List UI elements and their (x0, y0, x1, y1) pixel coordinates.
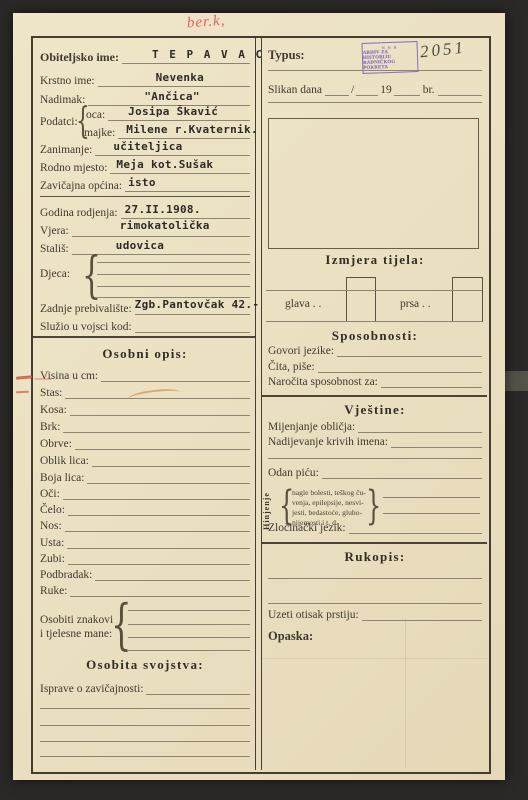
djeca-brace: { (82, 250, 101, 300)
field-label: Brk: (40, 421, 63, 433)
prsa-label: prsa . . (400, 298, 431, 310)
djeca-line-1 (97, 262, 250, 263)
field-label: Služio u vojsci kod: (40, 321, 135, 333)
measure-line-top (266, 290, 482, 291)
fill-line (337, 340, 482, 357)
znakovi-line-2 (128, 624, 250, 625)
field-govori-jezike: Govori jezike: (268, 341, 482, 357)
fill-line (95, 564, 250, 581)
isprave-line-3 (40, 741, 250, 742)
section-separator (33, 336, 255, 338)
znakovi-label-line2: i tjelesne mane: (40, 628, 112, 640)
field-label: Zadnje prebivalište: (40, 303, 135, 315)
scanned-form-page: ber.k, Obiteljsko ime: T E P A V A C Krs… (0, 0, 528, 800)
field-label: Odan piću: (268, 467, 322, 479)
field-uzeti-otisak: Uzeti otisak prstiju: (268, 605, 482, 621)
hinjenje-line-1 (383, 497, 480, 498)
field-label: Oblik lica: (40, 455, 92, 467)
field-label: Naročita sposobnost za: (268, 376, 381, 388)
znakovi-label-line1: Osobiti znakovi (40, 614, 113, 626)
field-label: Vjera: (40, 225, 72, 237)
fill-line (68, 548, 250, 565)
fill-line (391, 431, 482, 448)
field-sluzio-u-vojsci: Služio u vojsci kod: (40, 317, 250, 333)
fill-line: Milene r.Kvaternik. (118, 122, 250, 139)
field-label: Ruke: (40, 585, 70, 597)
field-label: majke: (84, 127, 118, 139)
field-zadnje-prebivaliste: Zadnje prebivalište: Zgb.Pantovčak 42.- (40, 299, 250, 315)
field-label: Zubi: (40, 553, 68, 565)
typed-value: Josipa Škavić (128, 105, 218, 118)
field-nadijevanje-imena: Nadijevanje krivih imena: (268, 432, 482, 448)
prsa-measure-box (452, 277, 483, 322)
typed-value: Zgb.Pantovčak 42.- (135, 298, 260, 311)
fill-line (87, 467, 250, 484)
isprave-line-2 (40, 725, 250, 726)
izmjera-header: Izmjera tijela: (268, 252, 482, 268)
fill-line (322, 462, 482, 479)
fill-line (394, 79, 420, 96)
field-celo: Čelo: (40, 500, 250, 516)
djeca-line-3 (97, 286, 250, 287)
hinjenje-text-line: venja, epilepsije, nesvi- (292, 498, 372, 508)
field-obrve: Obrve: (40, 434, 250, 450)
field-label: Stališ: (40, 243, 72, 255)
fill-line: učiteljica (95, 139, 250, 156)
column-divider (255, 36, 262, 770)
field-label: Visina u cm: (40, 370, 101, 382)
fill-line (101, 365, 250, 382)
br-label: br. (420, 84, 438, 96)
paper-crease-vertical (405, 618, 406, 768)
fill-line: 27.II.1908. (121, 202, 250, 219)
typed-value: Nevenka (156, 71, 204, 84)
fill-line: Josipa Škavić (108, 104, 250, 121)
field-label: oca: (86, 109, 108, 121)
field-krstno-ime: Krstno ime: Nevenka (40, 71, 250, 87)
fill-line (381, 371, 482, 388)
typed-value: udovica (116, 239, 164, 252)
glava-label: glava . . (285, 298, 321, 310)
typed-value: T E P A V A C (152, 48, 264, 61)
typed-value: 27.II.1908. (125, 203, 201, 216)
slikan-rule (268, 102, 482, 103)
znakovi-line-1 (128, 610, 250, 611)
field-label: Oči: (40, 488, 63, 500)
field-godina-rodjenja: Godina rodjenja: 27.II.1908. (40, 203, 250, 219)
field-label: Obiteljsko ime: (40, 51, 122, 64)
field-podatci-oca: oca: Josipa Škavić (86, 105, 250, 121)
field-label: Slikan dana (268, 84, 325, 96)
fill-line (146, 678, 250, 695)
field-label: Kosa: (40, 404, 70, 416)
field-obiteljsko-ime: Obiteljsko ime: T E P A V A C (40, 48, 250, 64)
typed-value: Milene r.Kvaternik. (126, 123, 258, 136)
photo-box (268, 118, 479, 249)
fill-line (67, 532, 250, 549)
rukopis-header: Rukopis: (268, 549, 482, 565)
djeca-label: Djeca: (40, 268, 70, 280)
podatci-label: Podatci: (40, 116, 78, 128)
field-stalis: Stališ: udovica (40, 239, 250, 255)
fill-line (325, 79, 349, 96)
fill-line (63, 416, 250, 433)
fill-line: Zgb.Pantovčak 42.- (135, 298, 250, 315)
field-narocita-sposobnost: Naročita sposobnost za: (268, 372, 482, 388)
field-boja-lica: Boja lica: (40, 468, 250, 484)
fill-line: isto (125, 175, 250, 192)
measure-line-bottom (266, 321, 482, 322)
fill-line (63, 483, 250, 500)
field-label: Obrve: (40, 438, 75, 450)
znakovi-brace: { (111, 598, 132, 652)
typed-value: isto (128, 176, 156, 189)
field-label: Zanimanje: (40, 144, 95, 156)
typus-label: Typus: (268, 48, 305, 63)
typed-value: Meja kot.Sušak (116, 158, 213, 171)
vjestine-extra-line (268, 458, 482, 459)
fill-line (438, 79, 482, 96)
fill-line: Meja kot.Sušak (110, 157, 250, 174)
isprave-line-1 (40, 708, 250, 709)
paper-crease-horizontal (262, 658, 487, 659)
field-zlocinacki-jezik: Zločinački jezik: (268, 518, 482, 534)
osobni-opis-header: Osobni opis: (40, 346, 250, 362)
field-podatci-majke: majke: Milene r.Kvaternik. (84, 123, 250, 139)
red-margin-tick-1-trail (34, 378, 52, 380)
fill-line (92, 450, 250, 467)
field-slikan-dana: Slikan dana / 19 br. (268, 80, 482, 96)
field-isprave: Isprave o zavičajnosti: (40, 679, 250, 695)
fill-line (70, 399, 250, 416)
opaska-label: Opaska: (268, 629, 313, 644)
field-zanimanje: Zanimanje: učiteljica (40, 140, 250, 156)
fill-line: Nevenka (98, 70, 250, 87)
field-label: Nadijevanje krivih imena: (268, 436, 391, 448)
field-nos: Nos: (40, 516, 250, 532)
fill-line: T E P A V A C (122, 47, 250, 64)
field-label: Nos: (40, 520, 65, 532)
fill-line: rimokatolička (72, 220, 250, 237)
field-label: Isprave o zavičajnosti: (40, 683, 146, 695)
field-vjera: Vjera: rimokatolička (40, 221, 250, 237)
field-kosa: Kosa: (40, 400, 250, 416)
field-label: Krstno ime: (40, 75, 98, 87)
field-label: Zavičajna općina: (40, 180, 125, 192)
znakovi-line-3 (128, 637, 250, 638)
fill-line (135, 316, 250, 333)
typed-value: "Ančica" (144, 90, 199, 103)
fill-line (68, 499, 250, 516)
hinjenje-line-2 (383, 513, 480, 514)
field-oblik-lica: Oblik lica: (40, 451, 250, 467)
hinjenje-text-line: nagle bolesti, teškog ču- (292, 488, 372, 498)
osobita-svojstva-header: Osobita svojstva: (40, 657, 250, 673)
background-table-edge (505, 371, 528, 391)
field-podbradak: Podbradak: (40, 565, 250, 581)
field-label: Zločinački jezik: (268, 522, 349, 534)
field-zubi: Zubi: (40, 549, 250, 565)
typed-value: učiteljica (113, 140, 182, 153)
fill-line (70, 580, 250, 597)
slash-separator: / (349, 84, 356, 96)
fill-line (362, 604, 482, 621)
fill-line (356, 79, 378, 96)
rukopis-line-1 (268, 578, 482, 579)
typus-rule (268, 70, 482, 71)
field-label: Godina rodjenja: (40, 207, 121, 219)
field-ruke: Ruke: (40, 581, 250, 597)
field-label: Stas: (40, 387, 65, 399)
section-rule (40, 196, 250, 197)
field-brk: Brk: (40, 417, 250, 433)
section-separator (262, 395, 487, 397)
field-visina: Visina u cm: (40, 366, 250, 382)
field-rodno-mjesto: Rodno mjesto: Meja kot.Sušak (40, 158, 250, 174)
section-separator (262, 542, 487, 544)
glava-measure-box (346, 277, 376, 322)
field-oci: Oči: (40, 484, 250, 500)
field-odan-picu: Odan piću: (268, 463, 482, 479)
year-prefix: 19 (378, 84, 394, 96)
znakovi-line-4 (128, 650, 250, 651)
field-usta: Usta: (40, 533, 250, 549)
djeca-line-2 (97, 274, 250, 275)
field-zavicajna-opcina: Zavičajna općina: isto (40, 176, 250, 192)
field-label: Rodno mjesto: (40, 162, 110, 174)
red-pencil-annotation: ber.k, (186, 13, 226, 33)
fill-line (349, 517, 482, 534)
fill-line (65, 515, 250, 532)
field-label: Uzeti otisak prstiju: (268, 609, 362, 621)
field-label: Čelo: (40, 504, 68, 516)
field-label: Usta: (40, 537, 67, 549)
typed-value: rimokatolička (120, 219, 210, 232)
isprave-line-4 (40, 756, 250, 757)
fill-line (75, 433, 250, 450)
